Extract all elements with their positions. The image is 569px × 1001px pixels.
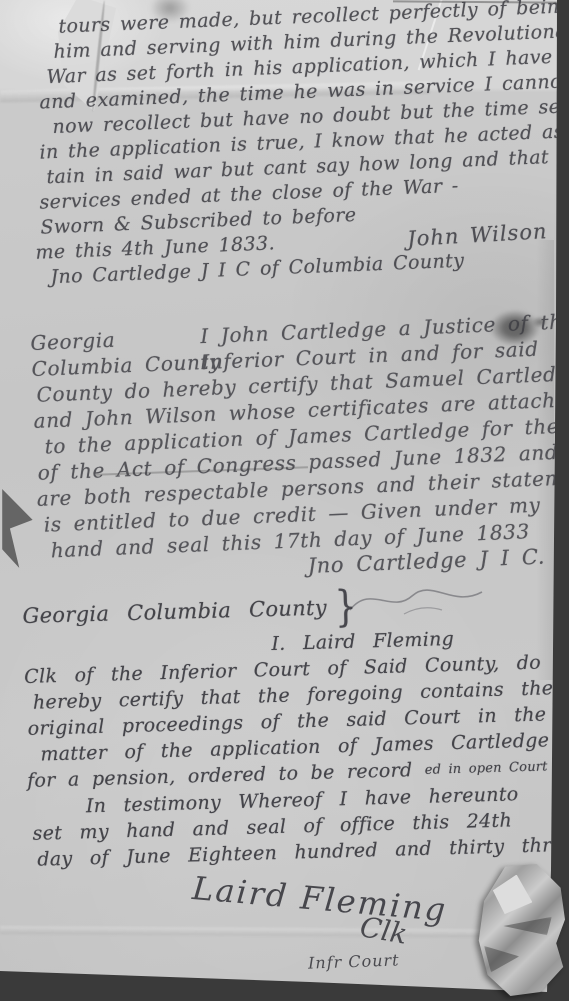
margin-ink-mark — [2, 482, 38, 568]
scanned-document: tours were made, but recollect perfectly… — [0, 0, 569, 1001]
brace-mark: } — [334, 590, 357, 623]
wafer-seal — [477, 864, 565, 996]
signature-title-clk: Clk — [357, 910, 409, 951]
signature-court-label: Infr Court — [308, 950, 400, 972]
justice-certificate-block: GeorgiaI John Cartledge a Justice of the… — [30, 309, 568, 598]
recorded-note: ed in open Court in regular Form — [425, 756, 569, 778]
place-heading: Georgia Columbia County — [22, 594, 327, 628]
paper-sheet: tours were made, but recollect perfectly… — [0, 0, 558, 1001]
signature-laird-fleming: Laird Fleming — [191, 869, 449, 929]
affidavit-block: tours were made, but recollect perfectly… — [26, 0, 565, 291]
fold-crease — [0, 926, 556, 938]
clerk-certificate-block: Georgia Columbia County } I. Laird Flemi… — [22, 581, 558, 873]
